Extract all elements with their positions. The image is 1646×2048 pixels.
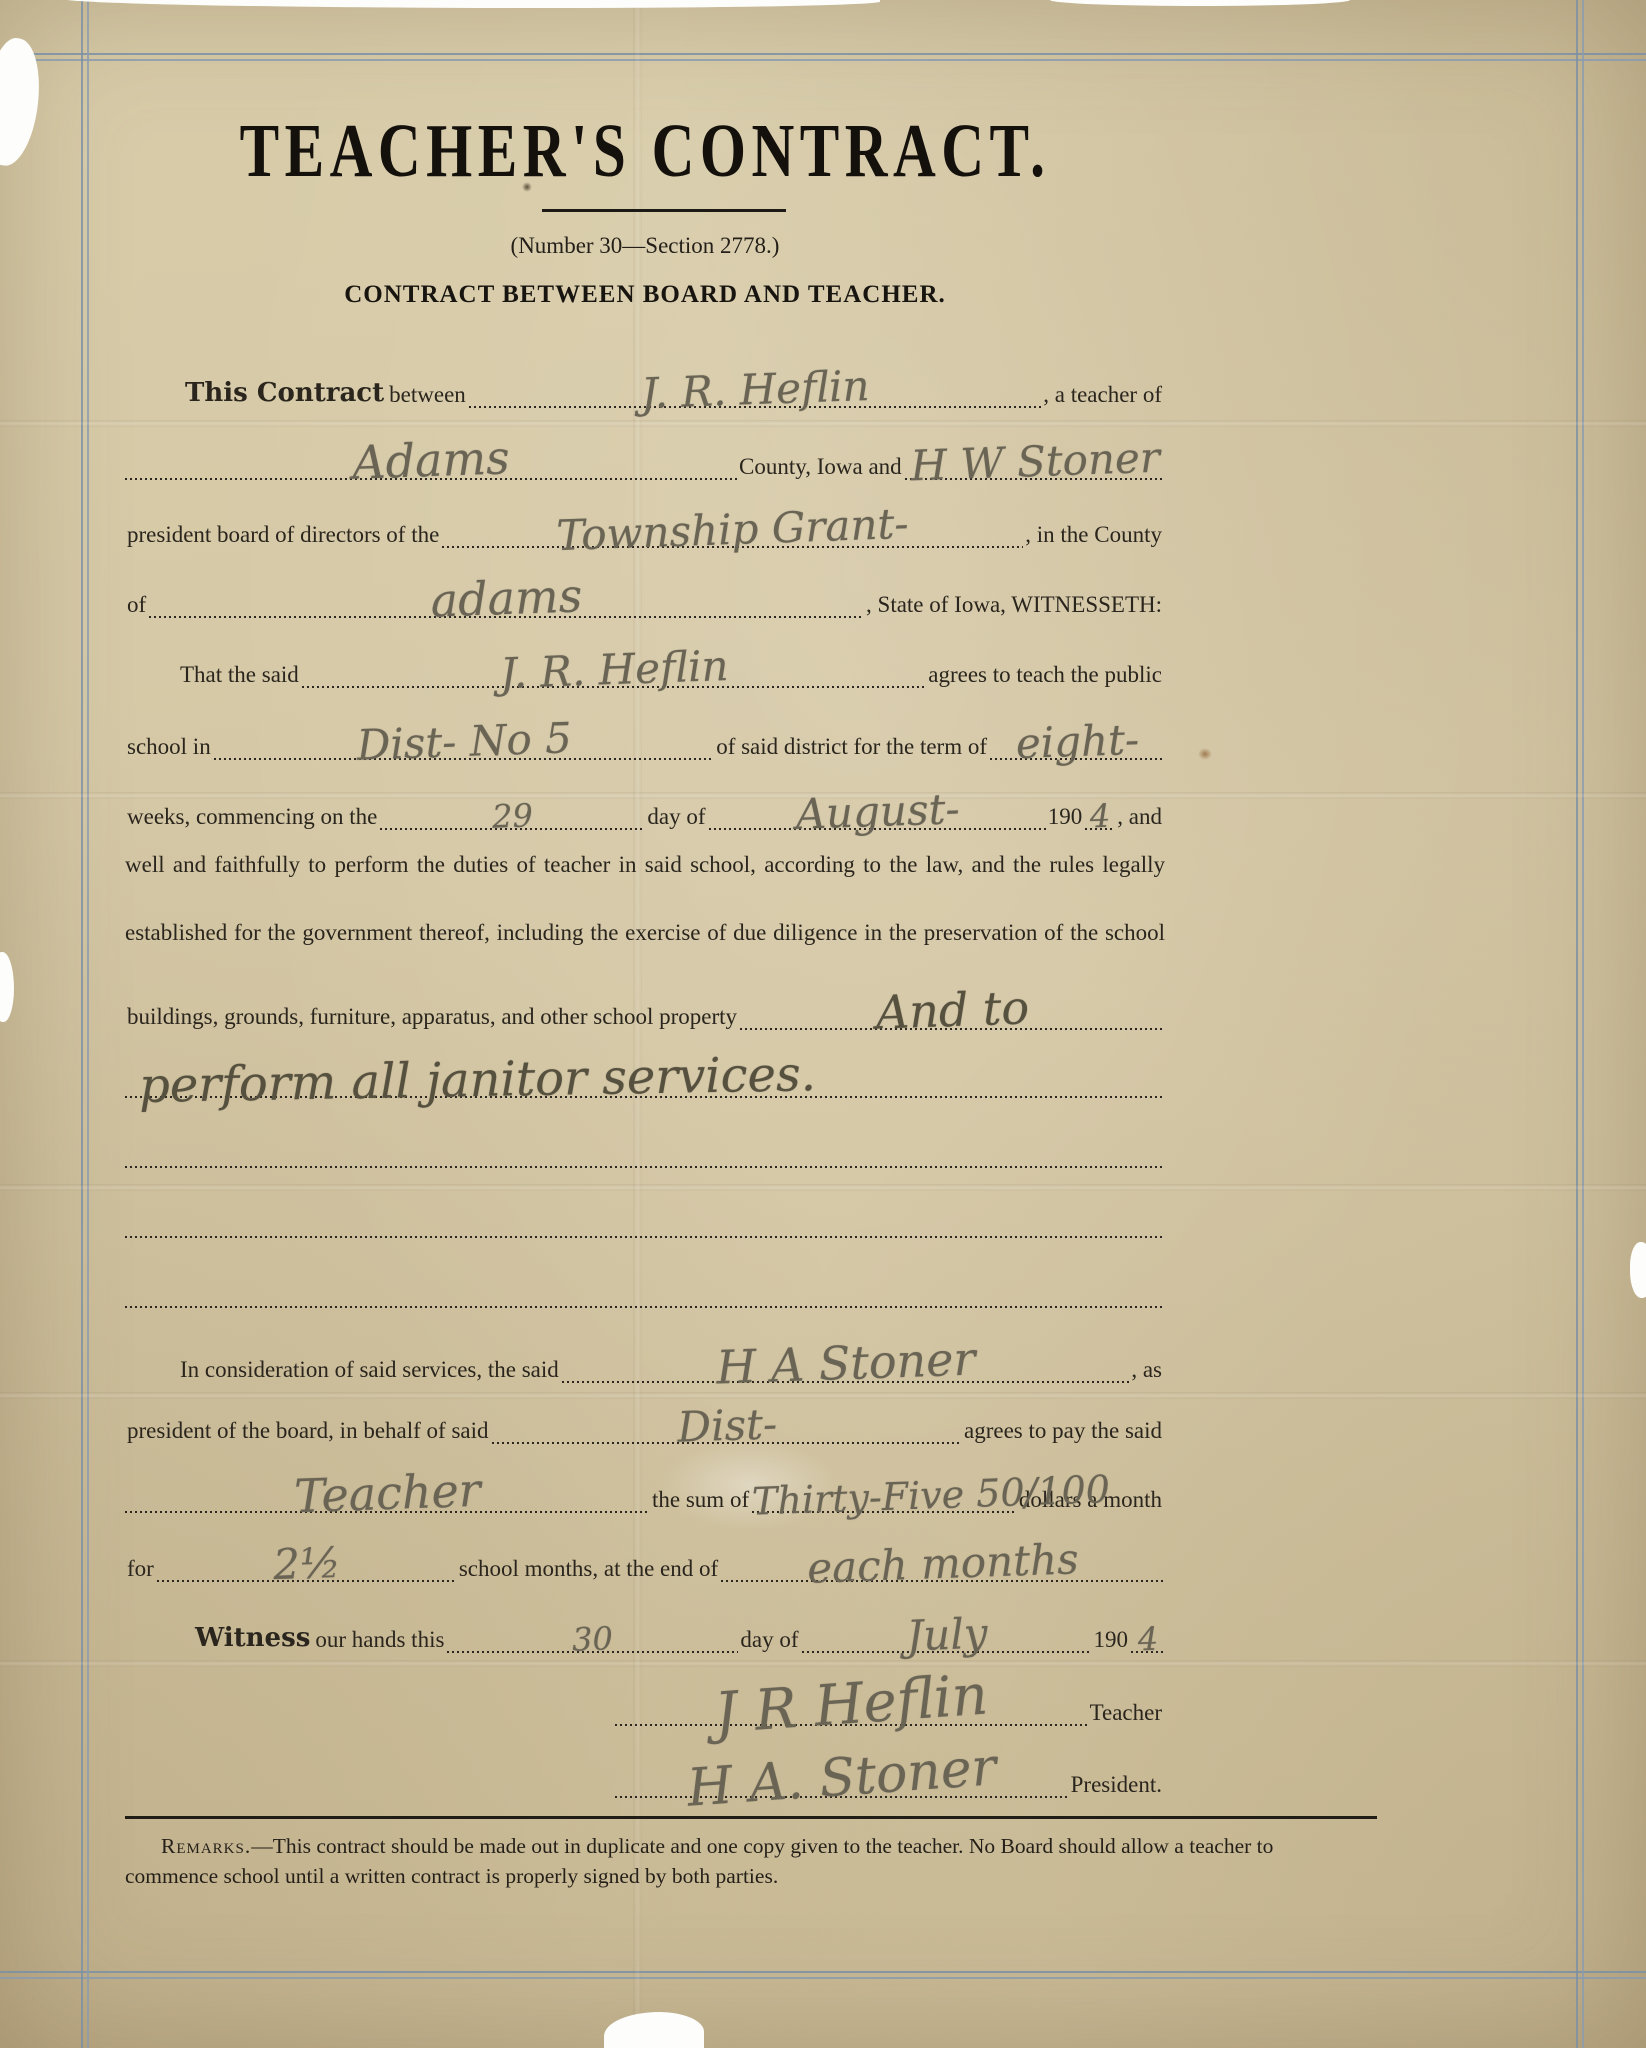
township-entry: Township Grant- xyxy=(442,501,1024,559)
term-label: of said district for the term of xyxy=(714,734,990,760)
teachers-contract-document: TEACHER'S CONTRACT. (Number 30—Section 2… xyxy=(0,0,1646,2048)
remarks-text1: —This contract should be made out in dup… xyxy=(251,1834,1273,1858)
president-signature-field: H A. Stoner xyxy=(615,1786,1069,1798)
year-printed-label: 190 xyxy=(1046,804,1086,830)
sum-label: the sum of xyxy=(650,1487,752,1513)
left-border-line xyxy=(81,0,89,2048)
remarks-label: Remarks. xyxy=(161,1834,251,1858)
consideration-label: In consideration of said services, the s… xyxy=(125,1357,562,1383)
contract-line-county: Adams County, Iowa and H W Stoner xyxy=(125,438,1165,480)
teacher-of-label: , a teacher of xyxy=(1041,382,1165,408)
school-months-label: school months, at the end of xyxy=(457,1556,721,1582)
remarks-divider xyxy=(125,1816,1377,1819)
paper-tear xyxy=(1630,1242,1646,1298)
section-note: (Number 30—Section 2778.) xyxy=(125,233,1165,259)
witness-day-field: 30 xyxy=(447,1641,738,1653)
teacher-signature-field: J R Heflin xyxy=(615,1714,1088,1726)
agrees-teach-label: agrees to teach the public xyxy=(926,662,1165,688)
teacher-name-field: J. R. Heflin xyxy=(469,396,1041,408)
witness-month-field: July xyxy=(802,1641,1092,1653)
behalf-field: Dist- xyxy=(492,1432,963,1444)
property-entry: And to xyxy=(739,982,1165,1038)
in-county-label: , in the County xyxy=(1023,522,1165,548)
contract-line-parties: This Contract between J. R. Heflin , a t… xyxy=(125,366,1165,408)
witness-year-entry: 4 xyxy=(1131,1625,1166,1655)
contract-line-janitor: perform all janitor services. xyxy=(125,1056,1165,1098)
duties-paragraph-line1: well and faithfully to perform the dutie… xyxy=(125,852,1165,878)
county-of-field: adams xyxy=(149,606,864,618)
that-said-label: That the said xyxy=(125,662,302,688)
blank-field xyxy=(125,1226,1165,1238)
contract-line-consideration: In consideration of said services, the s… xyxy=(125,1341,1165,1383)
paper-tear xyxy=(1050,0,1350,6)
behalf-label: president of the board, in behalf of sai… xyxy=(125,1418,492,1444)
contract-line-township: president board of directors of the Town… xyxy=(125,506,1165,548)
president-signature-row: H A. Stoner President. xyxy=(615,1756,1165,1798)
start-month-entry: August- xyxy=(708,787,1046,837)
witness-month-entry: July xyxy=(801,1611,1092,1659)
witness-label: Witness xyxy=(193,1623,313,1653)
pay-label: agrees to pay the said xyxy=(962,1418,1165,1444)
fold-crease xyxy=(0,420,1646,427)
janitor-entry: perform all janitor services. xyxy=(125,1047,1180,1109)
president-name-field: H W Stoner xyxy=(905,468,1165,480)
start-year-entry: 4 xyxy=(1085,802,1116,832)
term-field: eight- xyxy=(990,748,1165,760)
term-entry: eight- xyxy=(989,720,1165,764)
school-in-label: school in xyxy=(125,734,214,760)
contract-line-said-teacher: That the said J. R. Heflin agrees to tea… xyxy=(125,646,1165,688)
payee-entry: Teacher xyxy=(124,1463,650,1523)
remarks-line2: commence school until a written contract… xyxy=(125,1861,1387,1891)
months-entry: 2½ xyxy=(156,1540,457,1588)
witness-day-entry: 30 xyxy=(447,1620,739,1659)
weeks-label: weeks, commencing on the xyxy=(125,804,380,830)
contract-line-commencement: weeks, commencing on the 29 day of Augus… xyxy=(125,788,1165,830)
stain-spot xyxy=(1198,748,1212,760)
blank-line xyxy=(125,1196,1165,1238)
page-title: TEACHER'S CONTRACT. xyxy=(239,108,1050,195)
witness-day-of-label: day of xyxy=(738,1627,801,1653)
payment-time-field: each months xyxy=(721,1570,1165,1582)
contract-line-district: school in Dist- No 5 of said district fo… xyxy=(125,718,1165,760)
paper-tear xyxy=(0,952,14,1022)
start-day-field: 29 xyxy=(380,818,645,830)
contract-line-behalf: president of the board, in behalf of sai… xyxy=(125,1402,1165,1444)
teacher-signature-row: J R Heflin Teacher xyxy=(615,1684,1165,1726)
subheading: CONTRACT BETWEEN BOARD AND TEACHER. xyxy=(125,281,1165,309)
right-border-line xyxy=(1576,0,1584,2048)
payee-field: Teacher xyxy=(125,1501,650,1513)
top-border-line xyxy=(0,53,1646,61)
remarks-block: Remarks.—This contract should be made ou… xyxy=(125,1831,1387,1891)
fold-crease xyxy=(0,1660,1646,1667)
blank-line xyxy=(125,1266,1165,1308)
sum-field: Thirty-Five 50/100 xyxy=(752,1501,1017,1513)
county-field: Adams xyxy=(125,468,737,480)
said-teacher-entry: J. R. Heflin xyxy=(301,640,926,700)
blank-line xyxy=(125,1126,1165,1168)
teacher-name-entry: J. R. Heflin xyxy=(468,361,1041,419)
this-contract-label: This Contract xyxy=(183,378,387,408)
contract-line-months: for 2½ school months, at the end of each… xyxy=(125,1540,1165,1582)
district-field: Dist- No 5 xyxy=(214,748,714,760)
witness-year-printed: 190 xyxy=(1092,1627,1132,1653)
property-field: And to xyxy=(740,1018,1165,1030)
county-iowa-label: County, Iowa and xyxy=(737,454,905,480)
for-label: for xyxy=(125,1556,157,1582)
township-field: Township Grant- xyxy=(442,536,1023,548)
contract-line-witness: Witness our hands this 30 day of July 19… xyxy=(125,1611,1165,1653)
fold-crease xyxy=(0,1184,1646,1191)
paper-tear xyxy=(60,0,880,8)
county-of-entry: adams xyxy=(149,565,865,631)
teacher-signature: J R Heflin xyxy=(614,1663,1089,1746)
start-year-field: 4 xyxy=(1085,818,1115,830)
as-label: , as xyxy=(1129,1357,1165,1383)
contract-line-sum: Teacher the sum of Thirty-Five 50/100 do… xyxy=(125,1471,1165,1513)
said-teacher-field: J. R. Heflin xyxy=(302,676,926,688)
title-divider xyxy=(542,209,786,212)
blank-field xyxy=(125,1156,1165,1168)
between-label: between xyxy=(387,382,469,408)
teacher-signature-label: Teacher xyxy=(1088,1700,1165,1726)
and-label: , and xyxy=(1115,804,1165,830)
payment-time-entry: each months xyxy=(721,1537,1166,1590)
consideration-field: H A Stoner xyxy=(562,1371,1130,1383)
dollars-label: dollars a month xyxy=(1017,1487,1165,1513)
duties-paragraph-line2: established for the government thereof, … xyxy=(125,920,1165,946)
contract-line-property: buildings, grounds, furniture, apparatus… xyxy=(125,988,1165,1030)
property-label: buildings, grounds, furniture, apparatus… xyxy=(125,1004,740,1030)
hands-label: our hands this xyxy=(313,1627,447,1653)
day-of-label: day of xyxy=(645,804,708,830)
paper-tear xyxy=(604,2012,704,2048)
witnesseth-label: , State of Iowa, WITNESSETH: xyxy=(864,592,1165,618)
blank-field xyxy=(125,1296,1165,1308)
board-label: president board of directors of the xyxy=(125,522,442,548)
fold-crease xyxy=(0,1392,1646,1399)
president-name-entry: H W Stoner xyxy=(904,439,1165,486)
president-signature-label: President. xyxy=(1069,1772,1165,1798)
bottom-border-line xyxy=(0,1971,1646,1979)
janitor-field: perform all janitor services. xyxy=(125,1086,1165,1098)
contract-line-state: of adams , State of Iowa, WITNESSETH: xyxy=(125,576,1165,618)
county-entry: Adams xyxy=(124,429,737,492)
consideration-entry: H A Stoner xyxy=(561,1333,1130,1394)
of-label: of xyxy=(125,592,149,618)
start-month-field: August- xyxy=(709,818,1046,830)
president-signature: H A. Stoner xyxy=(614,1739,1070,1817)
remarks-line1: Remarks.—This contract should be made ou… xyxy=(125,1831,1387,1861)
witness-year-field: 4 xyxy=(1131,1641,1165,1653)
start-day-entry: 29 xyxy=(380,798,646,836)
months-field: 2½ xyxy=(157,1570,457,1582)
sum-entry: Thirty-Five 50/100 xyxy=(752,1475,1018,1518)
